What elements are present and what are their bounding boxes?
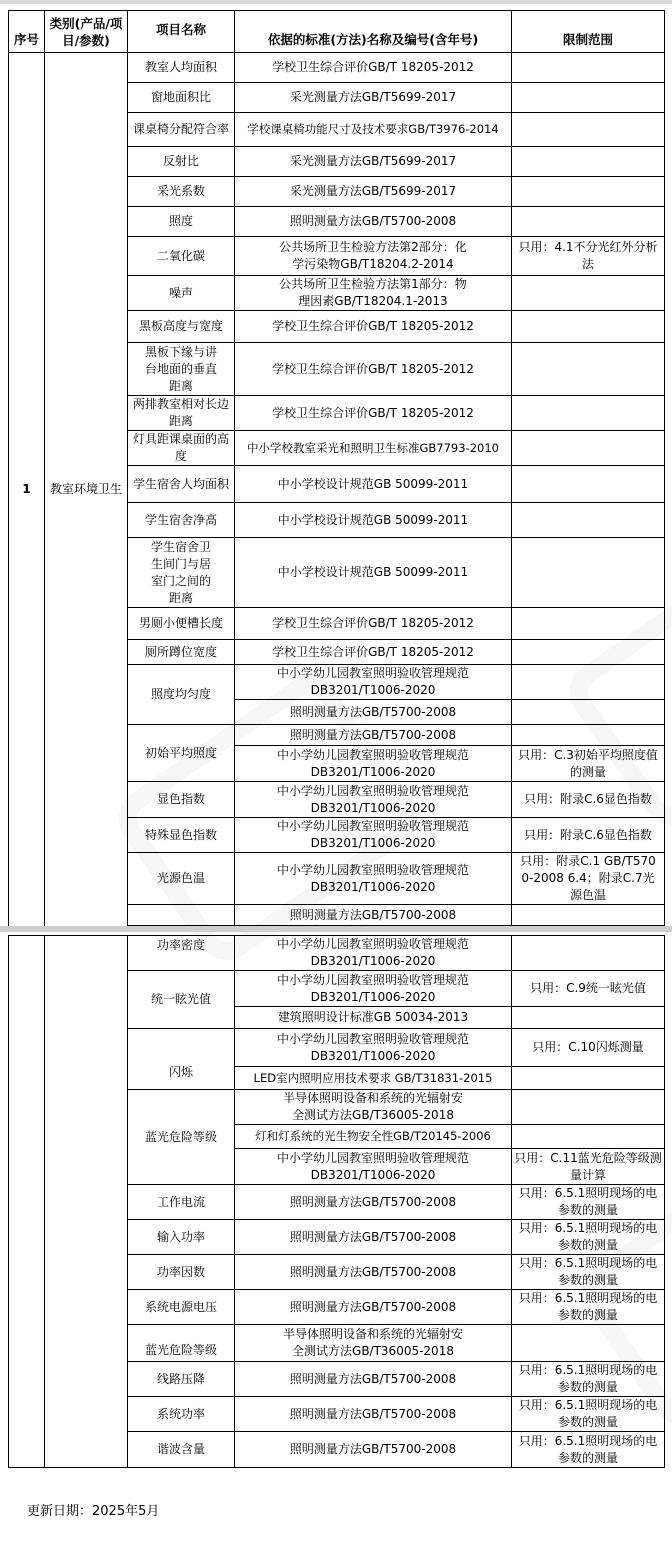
item-standard: 学校卫生综合评价GB/T 18205-2012 — [235, 53, 512, 83]
item-standard: 照明测量方法GB/T5700-2008 — [235, 1397, 512, 1432]
item-name: 学生宿舍卫生间门与居室门之间的距离 — [128, 538, 235, 608]
item-limit: 只用：4.1不分光红外分析法 — [512, 237, 665, 276]
item-limit — [512, 396, 665, 431]
header-category: 类别(产品/项目/参数) — [45, 11, 128, 53]
scope-table-2: 功率密度 中小学幼儿园教室照明验收管理规范DB3201/T1006-2020 统… — [8, 935, 665, 1468]
item-name: 照度均匀度 — [128, 665, 235, 725]
item-name: 线路压降 — [128, 1362, 235, 1397]
item-name: 课桌椅分配符合率 — [128, 113, 235, 147]
item-name: 黑板高度与宽度 — [128, 311, 235, 343]
item-standard: 照明测量方法GB/T5700-2008 — [235, 1290, 512, 1325]
table-row: 功率密度 中小学幼儿园教室照明验收管理规范DB3201/T1006-2020 — [9, 936, 665, 971]
item-limit — [512, 1325, 665, 1362]
item-name: 噪声 — [128, 276, 235, 311]
item-name: 两排教室相对长边距离 — [128, 396, 235, 431]
item-name: 黑板下缘与讲台地面的垂直距离 — [128, 343, 235, 396]
item-standard: 灯和灯系统的光生物安全性GB/T20145-2006 — [235, 1125, 512, 1149]
item-limit — [512, 1007, 665, 1029]
item-name: 灯具距课桌面的高度 — [128, 431, 235, 466]
item-limit — [512, 700, 665, 725]
item-standard: 采光测量方法GB/T5699-2017 — [235, 147, 512, 177]
item-limit: 只用：6.5.1照明现场的电参数的测量 — [512, 1255, 665, 1290]
item-standard: 中小学幼儿园教室照明验收管理规范DB3201/T1006-2020 — [235, 853, 512, 905]
item-standard: 照明测量方法GB/T5700-2008 — [235, 1362, 512, 1397]
item-limit: 只用：6.5.1照明现场的电参数的测量 — [512, 1220, 665, 1255]
item-limit: 只用：6.5.1照明现场的电参数的测量 — [512, 1397, 665, 1432]
item-standard: 公共场所卫生检验方法第2部分：化学污染物GB/T18204.2-2014 — [235, 237, 512, 276]
table-page-1: 序号 类别(产品/项目/参数) 项目名称 依据的标准(方法)名称及编号(含年号)… — [8, 10, 664, 927]
item-name: 反射比 — [128, 147, 235, 177]
item-standard: 学校卫生综合评价GB/T 18205-2012 — [235, 608, 512, 640]
window-top-edge — [0, 0, 672, 4]
item-limit — [512, 1067, 665, 1090]
group-seq-continued — [9, 936, 45, 1468]
item-standard: 中小学幼儿园教室照明验收管理规范DB3201/T1006-2020 — [235, 1149, 512, 1185]
item-limit — [512, 276, 665, 311]
item-limit: 只用：6.5.1照明现场的电参数的测量 — [512, 1432, 665, 1468]
item-limit — [512, 1090, 665, 1125]
item-standard: 学校课桌椅功能尺寸及技术要求GB/T3976-2014 — [235, 113, 512, 147]
item-limit — [512, 608, 665, 640]
header-item-name: 项目名称 — [128, 11, 235, 53]
item-limit — [512, 53, 665, 83]
item-name: 统一眩光值 — [128, 971, 235, 1029]
header-standard: 依据的标准(方法)名称及编号(含年号) — [235, 11, 512, 53]
page-separator — [0, 926, 672, 932]
item-limit — [512, 311, 665, 343]
item-limit — [512, 640, 665, 665]
item-standard: 中小学幼儿园教室照明验收管理规范DB3201/T1006-2020 — [235, 746, 512, 782]
item-limit — [512, 936, 665, 971]
item-standard: 中小学幼儿园教室照明验收管理规范DB3201/T1006-2020 — [235, 936, 512, 971]
item-limit: 只用：6.5.1照明现场的电参数的测量 — [512, 1185, 665, 1220]
item-name: 输入功率 — [128, 1220, 235, 1255]
item-name: 工作电流 — [128, 1185, 235, 1220]
item-name: 学生宿舍人均面积 — [128, 466, 235, 503]
item-limit — [512, 905, 665, 926]
item-limit: 只用：C.9统一眩光值 — [512, 971, 665, 1007]
group-category: 教室环境卫生 — [45, 53, 128, 927]
item-limit — [512, 466, 665, 503]
item-standard: 中小学幼儿园教室照明验收管理规范DB3201/T1006-2020 — [235, 818, 512, 853]
item-name: 学生宿舍净高 — [128, 503, 235, 538]
item-standard: 照明测量方法GB/T5700-2008 — [235, 700, 512, 725]
item-standard: 中小学幼儿园教室照明验收管理规范DB3201/T1006-2020 — [235, 782, 512, 818]
item-standard: 照明测量方法GB/T5700-2008 — [235, 1255, 512, 1290]
item-name: 窗地面积比 — [128, 83, 235, 113]
header-limit: 限制范围 — [512, 11, 665, 53]
item-limit — [512, 665, 665, 700]
group-category-continued — [45, 936, 128, 1468]
item-standard: 采光测量方法GB/T5699-2017 — [235, 83, 512, 113]
item-limit: 只用：附录C.1 GB/T5700-2008 6.4；附录C.7光源色温 — [512, 853, 665, 905]
item-standard: 半导体照明设备和系统的光辐射安全测试方法GB/T36005-2018 — [235, 1090, 512, 1125]
item-name — [128, 905, 235, 926]
item-name: 初始平均照度 — [128, 725, 235, 782]
item-standard: 照明测量方法GB/T5700-2008 — [235, 905, 512, 926]
item-name: 教室人均面积 — [128, 53, 235, 83]
item-limit — [512, 538, 665, 608]
item-standard: 半导体照明设备和系统的光辐射安全测试方法GB/T36005-2018 — [235, 1325, 512, 1362]
item-standard: 照明测量方法GB/T5700-2008 — [235, 1432, 512, 1468]
item-limit — [512, 503, 665, 538]
item-name: 二氧化碳 — [128, 237, 235, 276]
item-standard: 中小学幼儿园教室照明验收管理规范DB3201/T1006-2020 — [235, 971, 512, 1007]
item-name: 闪烁 — [128, 1029, 235, 1090]
item-limit — [512, 725, 665, 746]
item-standard: 照明测量方法GB/T5700-2008 — [235, 207, 512, 237]
item-standard: 照明测量方法GB/T5700-2008 — [235, 1185, 512, 1220]
item-standard: 照明测量方法GB/T5700-2008 — [235, 725, 512, 746]
item-limit: 只用：附录C.6显色指数 — [512, 782, 665, 818]
item-limit — [512, 147, 665, 177]
item-standard: 中小学校设计规范GB 50099-2011 — [235, 503, 512, 538]
table-page-2: 功率密度 中小学幼儿园教室照明验收管理规范DB3201/T1006-2020 统… — [8, 935, 664, 1468]
item-standard: LED室内照明应用技术要求 GB/T31831-2015 — [235, 1067, 512, 1090]
item-limit: 只用：6.5.1照明现场的电参数的测量 — [512, 1362, 665, 1397]
scope-table-1: 序号 类别(产品/项目/参数) 项目名称 依据的标准(方法)名称及编号(含年号)… — [8, 10, 665, 927]
item-name: 照度 — [128, 207, 235, 237]
item-name: 功率因数 — [128, 1255, 235, 1290]
item-name: 厕所蹲位宽度 — [128, 640, 235, 665]
item-limit — [512, 177, 665, 207]
item-limit — [512, 343, 665, 396]
item-limit — [512, 83, 665, 113]
item-standard: 中小学幼儿园教室照明验收管理规范DB3201/T1006-2020 — [235, 1029, 512, 1067]
update-date: 更新日期：2025年5月 — [27, 1500, 159, 1519]
item-name: 采光系数 — [128, 177, 235, 207]
item-name: 蓝光危险等级 — [128, 1325, 235, 1362]
item-standard: 照明测量方法GB/T5700-2008 — [235, 1220, 512, 1255]
item-limit — [512, 207, 665, 237]
item-standard: 中小学幼儿园教室照明验收管理规范DB3201/T1006-2020 — [235, 665, 512, 700]
item-name: 光源色温 — [128, 853, 235, 905]
group-seq: 1 — [9, 53, 45, 927]
item-name: 男厕小便槽长度 — [128, 608, 235, 640]
item-standard: 采光测量方法GB/T5699-2017 — [235, 177, 512, 207]
item-name: 显色指数 — [128, 782, 235, 818]
header-seq: 序号 — [9, 11, 45, 53]
item-limit — [512, 113, 665, 147]
item-limit: 只用：6.5.1照明现场的电参数的测量 — [512, 1290, 665, 1325]
item-name: 系统功率 — [128, 1397, 235, 1432]
item-standard: 公共场所卫生检验方法第1部分：物理因素GB/T18204.1-2013 — [235, 276, 512, 311]
item-name: 系统电源电压 — [128, 1290, 235, 1325]
item-limit: 只用：附录C.6显色指数 — [512, 818, 665, 853]
item-name: 功率密度 — [128, 936, 235, 971]
item-name: 蓝光危险等级 — [128, 1090, 235, 1185]
item-limit — [512, 1125, 665, 1149]
item-limit: 只用：C.3初始平均照度值的测量 — [512, 746, 665, 782]
item-name: 谐波含量 — [128, 1432, 235, 1468]
table-row: 1 教室环境卫生 教室人均面积 学校卫生综合评价GB/T 18205-2012 — [9, 53, 665, 83]
item-limit — [512, 431, 665, 466]
item-standard: 学校卫生综合评价GB/T 18205-2012 — [235, 343, 512, 396]
item-standard: 中小学校教室采光和照明卫生标准GB7793-2010 — [235, 431, 512, 466]
item-standard: 学校卫生综合评价GB/T 18205-2012 — [235, 396, 512, 431]
item-standard: 建筑照明设计标准GB 50034-2013 — [235, 1007, 512, 1029]
item-standard: 中小学校设计规范GB 50099-2011 — [235, 466, 512, 503]
item-standard: 中小学校设计规范GB 50099-2011 — [235, 538, 512, 608]
item-standard: 学校卫生综合评价GB/T 18205-2012 — [235, 640, 512, 665]
item-standard: 学校卫生综合评价GB/T 18205-2012 — [235, 311, 512, 343]
item-name: 特殊显色指数 — [128, 818, 235, 853]
item-limit: 只用：C.10闪烁测量 — [512, 1029, 665, 1067]
item-limit: 只用：C.11蓝光危险等级测量计算 — [512, 1149, 665, 1185]
